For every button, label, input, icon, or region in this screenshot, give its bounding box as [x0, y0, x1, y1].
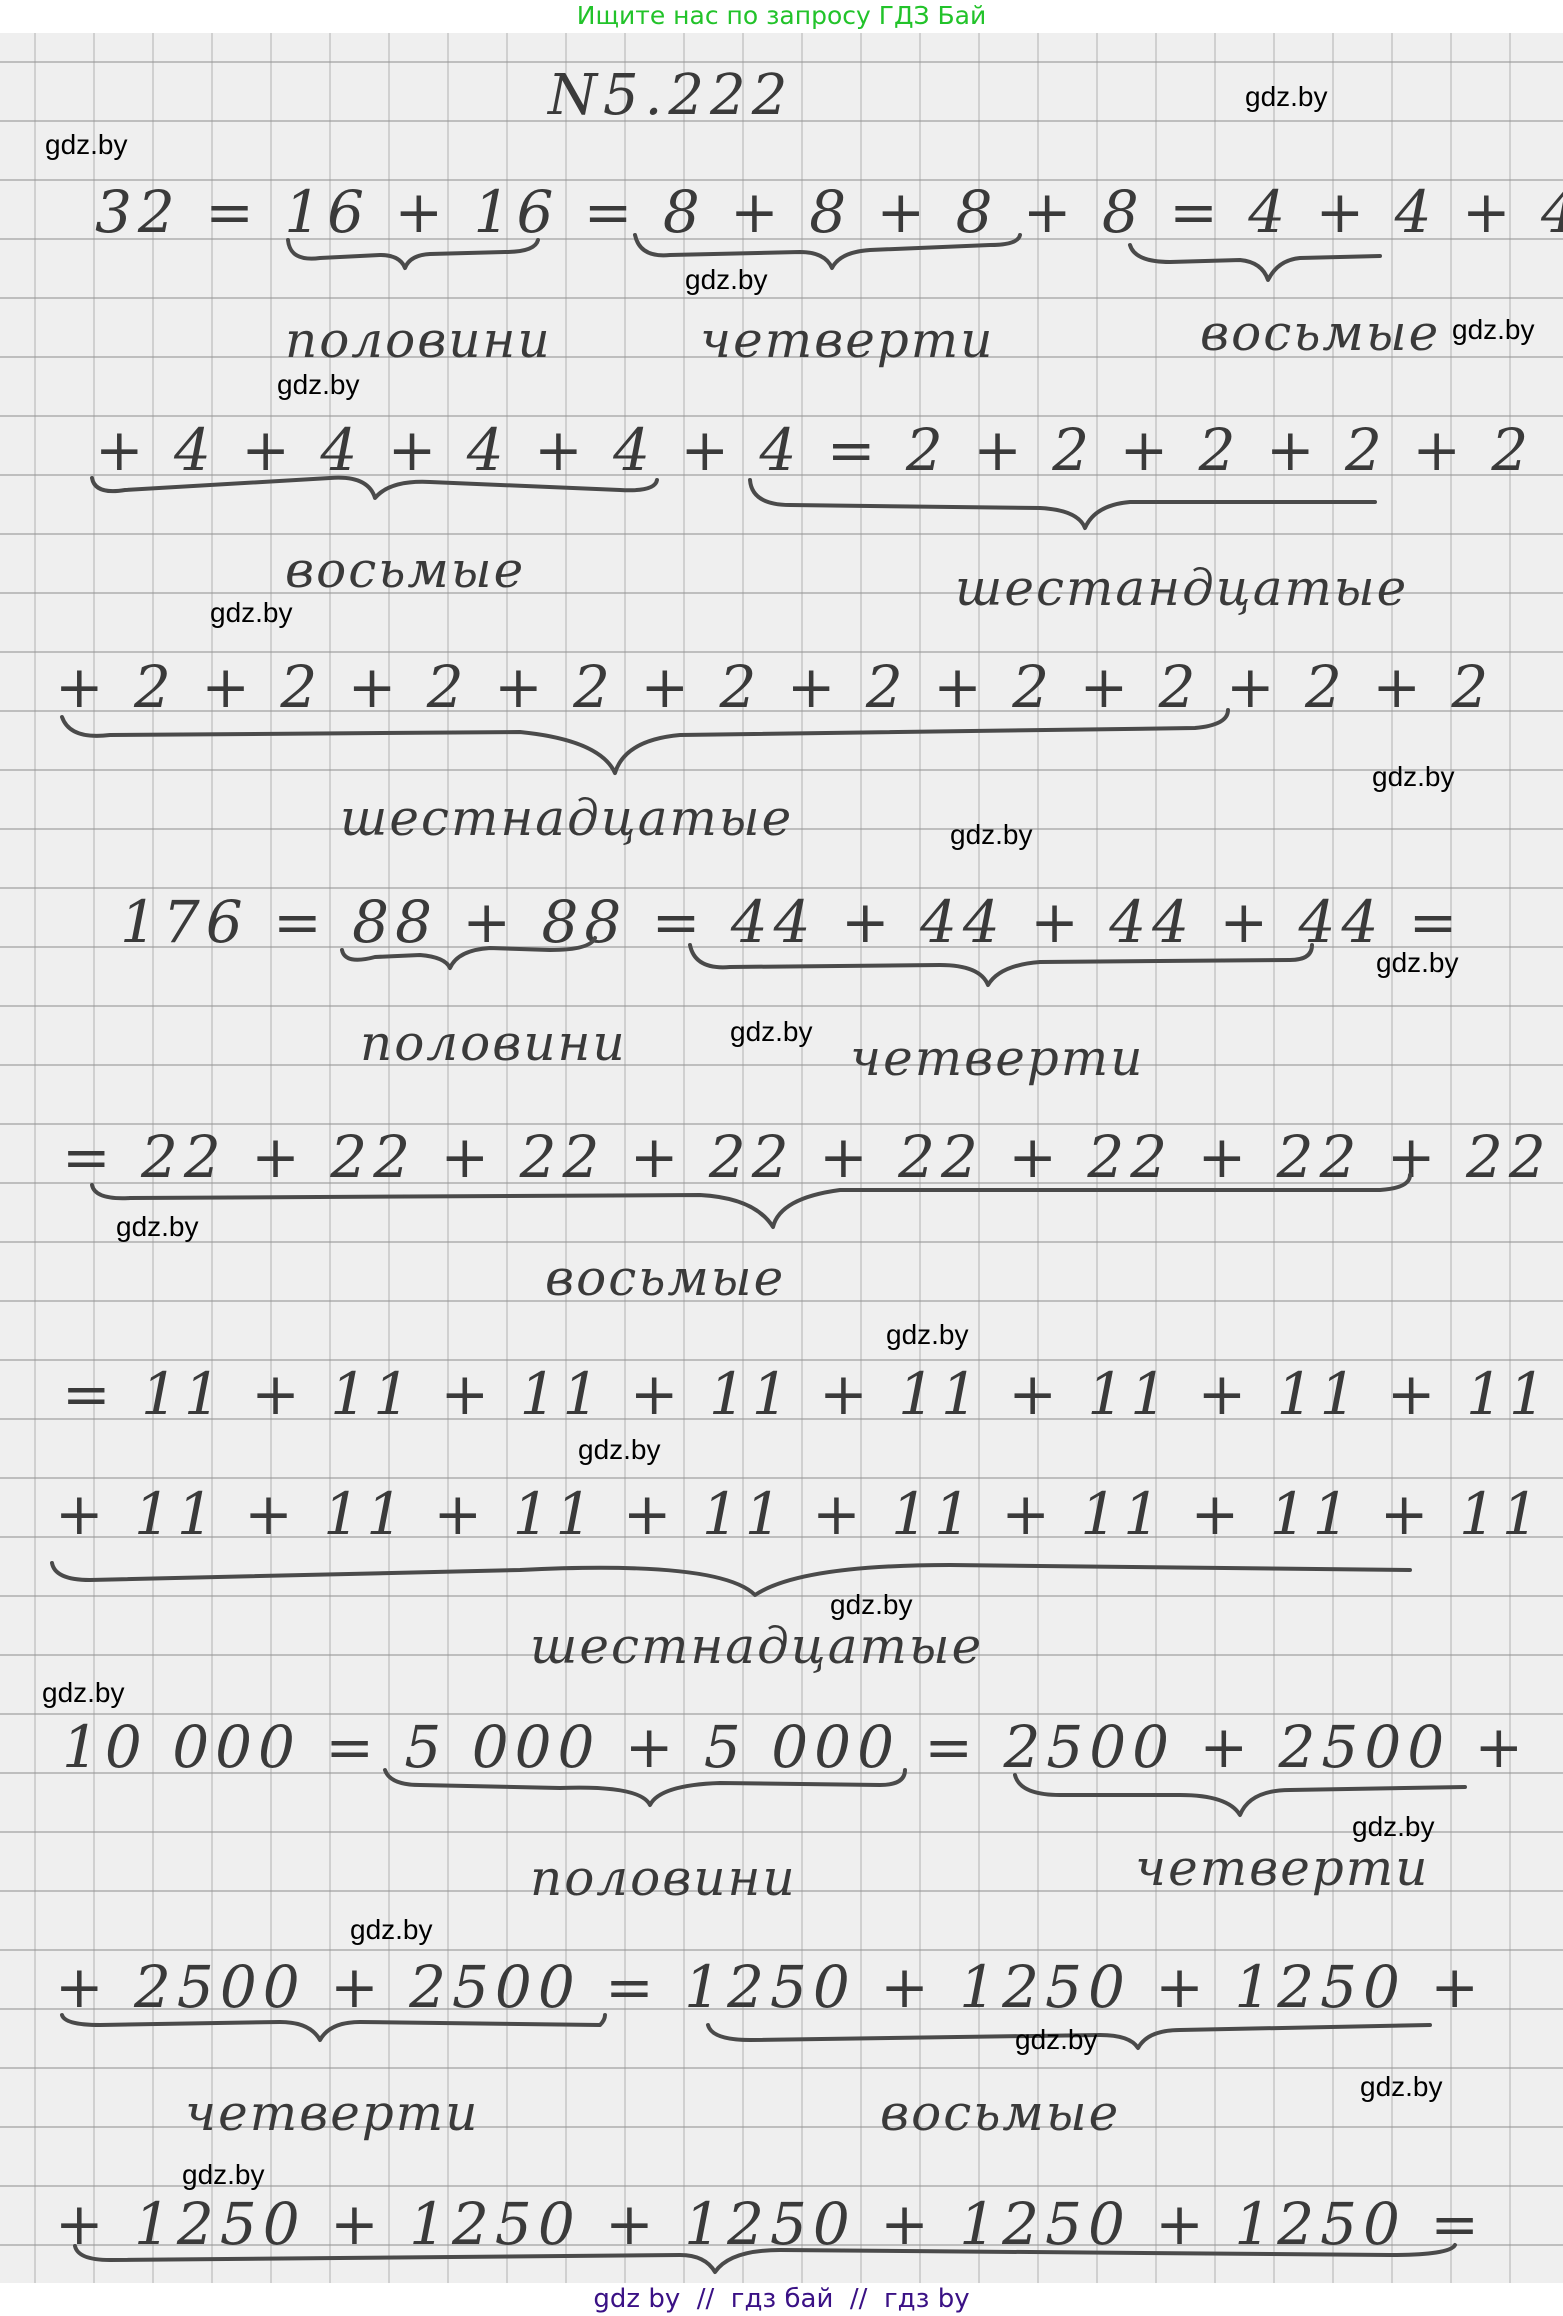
- equation-line-4: 176 = 88 + 88 = 44 + 44 + 44 + 44 =: [120, 890, 1463, 954]
- equation-line-2: + 4 + 4 + 4 + 4 + 4 = 2 + 2 + 2 + 2 + 2 …: [95, 418, 1563, 482]
- label-halves: половини: [285, 312, 552, 368]
- watermark: gdz.by: [116, 1212, 199, 1242]
- watermark: gdz.by: [277, 370, 360, 400]
- equation-line-5: = 22 + 22 + 22 + 22 + 22 + 22 + 22 + 22 …: [62, 1125, 1563, 1189]
- watermark: gdz.by: [950, 820, 1033, 850]
- equation-line-1: 32 = 16 + 16 = 8 + 8 + 8 + 8 = 4 + 4 + 4…: [95, 180, 1563, 244]
- watermark: gdz.by: [1015, 2025, 1098, 2055]
- watermark: gdz.by: [182, 2160, 265, 2190]
- exercise-title: N5.222: [548, 66, 793, 126]
- equation-line-6: = 11 + 11 + 11 + 11 + 11 + 11 + 11 + 11 …: [62, 1362, 1563, 1426]
- equation-line-10: + 1250 + 1250 + 1250 + 1250 + 1250 =: [55, 2192, 1485, 2256]
- watermark: gdz.by: [578, 1435, 661, 1465]
- label-sixteenths: шестандцатые: [955, 560, 1408, 616]
- watermark: gdz.by: [1376, 948, 1459, 978]
- equation-line-9: + 2500 + 2500 = 1250 + 1250 + 1250 +: [55, 1955, 1485, 2019]
- equation-line-7: + 11 + 11 + 11 + 11 + 11 + 11 + 11 + 11: [55, 1482, 1545, 1546]
- watermark: gdz.by: [45, 130, 128, 160]
- watermark: gdz.by: [1452, 315, 1535, 345]
- search-banner[interactable]: Ищите нас по запросу ГДЗ Бай: [0, 0, 1563, 33]
- label-eighths: восьмые: [545, 1250, 785, 1306]
- label-quarters: четверти: [700, 312, 994, 368]
- label-quarters: четверти: [1135, 1840, 1429, 1896]
- watermark: gdz.by: [685, 265, 768, 295]
- label-sixteenths: шестнадцатые: [530, 1618, 983, 1674]
- footer-links[interactable]: gdz by // гдз бай // гдз by: [0, 2283, 1563, 2316]
- watermark: gdz.by: [730, 1017, 813, 1047]
- watermark: gdz.by: [1372, 762, 1455, 792]
- label-eighths: восьмые: [1200, 305, 1440, 361]
- label-sixteenths: шестнадцатые: [340, 790, 793, 846]
- watermark: gdz.by: [1360, 2072, 1443, 2102]
- watermark: gdz.by: [210, 598, 293, 628]
- label-eighths: восьмые: [880, 2085, 1120, 2141]
- label-quarters: четверти: [185, 2085, 479, 2141]
- watermark: gdz.by: [830, 1590, 913, 1620]
- watermark: gdz.by: [1352, 1812, 1435, 1842]
- equation-line-3: + 2 + 2 + 2 + 2 + 2 + 2 + 2 + 2 + 2 + 2: [55, 655, 1494, 719]
- watermark: gdz.by: [886, 1320, 969, 1350]
- watermark: gdz.by: [42, 1678, 125, 1708]
- label-quarters: четверти: [850, 1030, 1144, 1086]
- label-halves: половини: [360, 1015, 627, 1071]
- label-eighths: восьмые: [285, 542, 525, 598]
- watermark: gdz.by: [350, 1915, 433, 1945]
- watermark: gdz.by: [1245, 82, 1328, 112]
- equation-line-8: 10 000 = 5 000 + 5 000 = 2500 + 2500 +: [62, 1715, 1529, 1779]
- label-halves: половини: [530, 1850, 797, 1906]
